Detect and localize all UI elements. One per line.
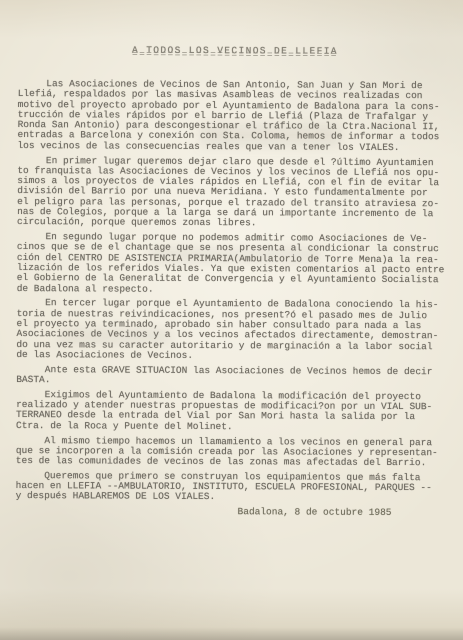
document-body: Las Asociaciones de Vecinos de San Anton…: [16, 79, 442, 504]
document-content: A TODOS LOS VECINOS DE LLEFIA ==========…: [16, 44, 442, 519]
signature-line: Badalona, 8 de octubre 1985: [238, 507, 440, 518]
paragraph: En primer lugar queremos dejar claro que…: [17, 156, 441, 230]
paragraph: Al mismo tiempo hacemos un llamamiento a…: [16, 435, 440, 468]
paragraph: Las Asociaciones de Vecinos de San Anton…: [17, 79, 441, 153]
paragraph: En tercer lugar porque el Ayuntamiento d…: [16, 298, 440, 362]
paragraph: Queremos que primero se construyan los e…: [16, 471, 440, 504]
paragraph: Ante esta GRAVE SITUACION las Asociacion…: [16, 365, 440, 388]
scanned-page: A TODOS LOS VECINOS DE LLEFIA ==========…: [0, 0, 463, 640]
text-line: circulación, porque queremos zonas libre…: [17, 217, 441, 230]
paragraph: Exigimos del Ayuntamiento de Badalona la…: [16, 390, 440, 433]
title-underline: =============================: [18, 49, 442, 60]
text-line: y después HABLAREMOS DE LOS VIALES.: [16, 491, 440, 504]
text-line: los vecinos de las consecuencias reales …: [17, 141, 441, 154]
text-line: Ante esta GRAVE SITUACION las Asociacion…: [16, 365, 440, 378]
text-line: tes de las comunidades de vecinos de las…: [16, 456, 440, 469]
paragraph: En segundo lugar porque no podemos admit…: [17, 232, 441, 296]
